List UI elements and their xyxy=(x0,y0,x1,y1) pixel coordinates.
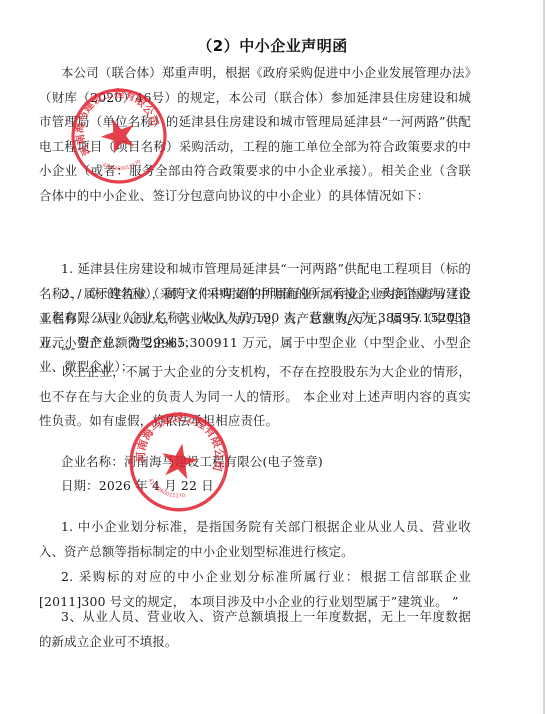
intro-paragraph: 本公司（联合体）郑重声明，根据《政府采购促进中小企业发展管理办法》（财库（202… xyxy=(39,61,471,208)
note-1: 1. 中小企业划分标准，是指国务院有关部门根据企业从业人员、营业收入、资产总额等… xyxy=(39,515,471,564)
document-page: （2）中小企业声明函 本公司（联合体）郑重声明，根据《政府采购促进中小企业发展管… xyxy=(0,0,545,714)
date-label: 日期： xyxy=(61,478,99,493)
date-value: 2026 年 4 月 22 日 xyxy=(99,478,214,493)
declaration-paragraph: 以上企业，不属于大企业的分支机构，不存在控股股东为大企业的情形，也不存在与大企业… xyxy=(39,360,471,434)
signature-date-line: 日期：2026 年 4 月 22 日 xyxy=(39,474,471,499)
signature-company-line: 企业名称：河南海马建设工程有限公(电子签章) xyxy=(39,450,471,475)
page-edge-divider xyxy=(543,0,545,714)
page-title: （2）中小企业声明函 xyxy=(0,35,545,56)
company-label: 企业名称： xyxy=(61,454,124,469)
note-3: 3、从业人员、营业收入、资产总额填报上一年度数据，无上一年度数据的新成立企业可不… xyxy=(39,605,471,654)
company-value: 河南海马建设工程有限公(电子签章) xyxy=(124,454,323,469)
ellipsis-marks: ””” xyxy=(39,346,471,360)
item-2-paragraph: 2. /（标的名称），属于/（采购文件中明确的所属行业）；承接企业为/（企业名称… xyxy=(39,282,471,356)
